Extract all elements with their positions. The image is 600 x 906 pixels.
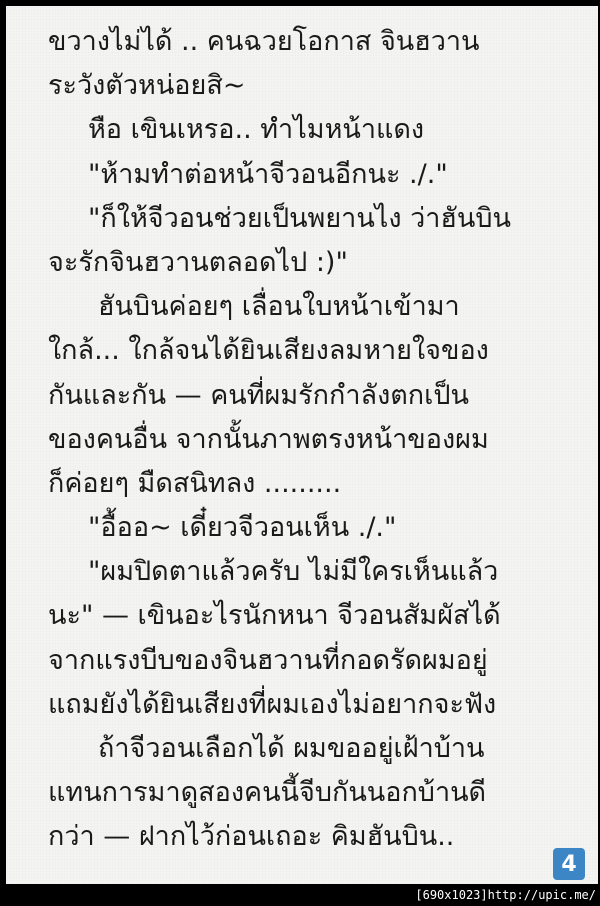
text-line: นะ" — เขินอะไรนักหนา จีวอนสัมผัสได้ [48,594,568,638]
text-line: ใกล้... ใกล้จนได้ยินเสียงลมหายใจของ [48,329,568,373]
text-line: กว่า — ฝากไว้ก่อนเถอะ คิมฮันบิน.. [48,815,568,859]
document-page: ขวางไม่ได้ .. คนฉวยโอกาส จินฮวาน ระวังตั… [6,6,598,884]
text-line: แทนการมาดูสองคนนี้จีบกันนอกบ้านดี [48,771,568,815]
text-line: ฮันบินค่อยๆ เลื่อนใบหน้าเข้ามา [48,285,568,329]
text-line: ขวางไม่ได้ .. คนฉวยโอกาส จินฮวาน [48,20,568,64]
text-line: ระวังตัวหน่อยสิ~ [48,64,568,108]
text-line: กันและกัน — คนที่ผมรักกำลังตกเป็น [48,374,568,418]
text-line: "ห้ามทำต่อหน้าจีวอนอีกนะ ./." [48,153,568,197]
text-line: จะรักจินฮวานตลอดไป :)" [48,241,568,285]
text-line: "ก็ให้จีวอนช่วยเป็นพยานไง ว่าฮันบิน [48,197,568,241]
watermark-footer: [690x1023]http://upic.me/ [415,886,596,904]
page-number-badge: 4 [553,848,585,880]
text-line: หือ เขินเหรอ.. ทำไมหน้าแดง [48,108,568,152]
text-line: "ผมปิดตาแล้วครับ ไม่มีใครเห็นแล้ว [48,550,568,594]
text-line: ก็ค่อยๆ มืดสนิทลง ......... [48,462,568,506]
text-line: ของคนอื่น จากนั้นภาพตรงหน้าของผม [48,418,568,462]
text-line: จากแรงบีบของจินฮวานที่กอดรัดผมอยู่ [48,639,568,683]
text-line: ถ้าจีวอนเลือกได้ ผมขออยู่เฝ้าบ้าน [48,727,568,771]
story-text: ขวางไม่ได้ .. คนฉวยโอกาส จินฮวาน ระวังตั… [48,20,568,860]
text-line: แถมยังได้ยินเสียงที่ผมเองไม่อยากจะฟัง [48,683,568,727]
text-line: "อื้ออ~ เดี๋ยวจีวอนเห็น ./." [48,506,568,550]
